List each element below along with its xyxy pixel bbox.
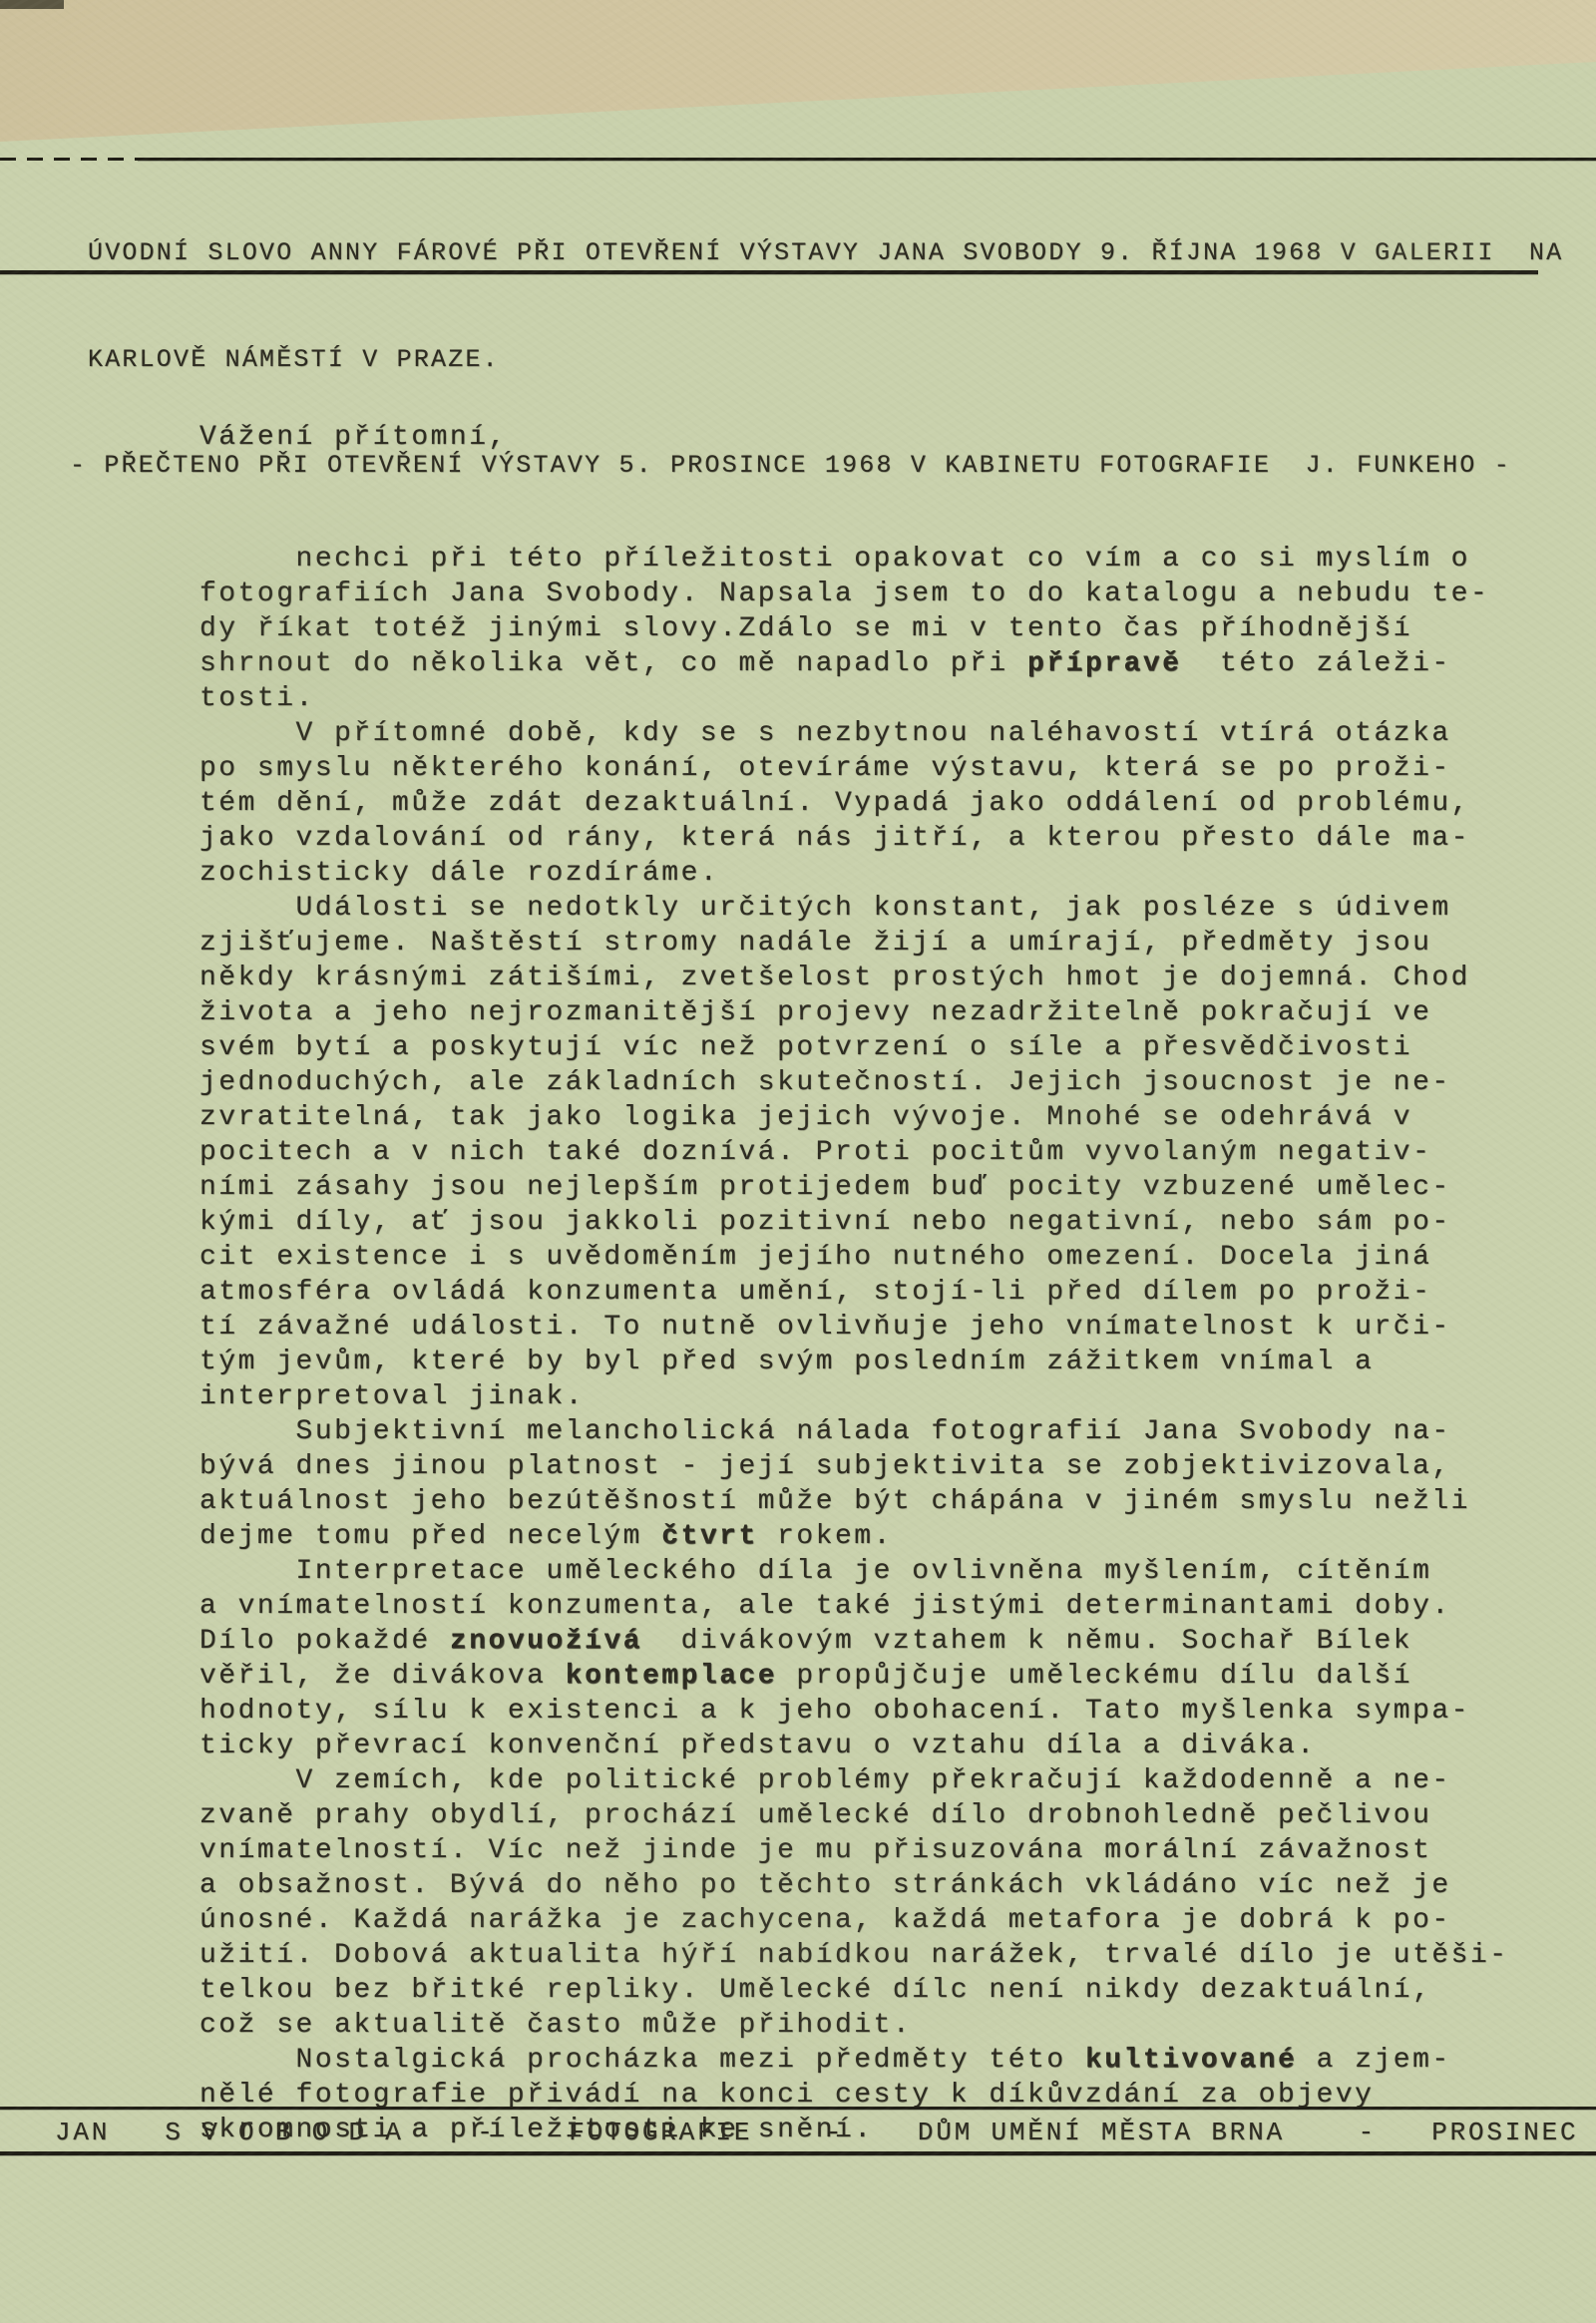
footer-top-rule <box>0 2107 1596 2110</box>
speech-text-block: Vážení přítomní, nechci při této příleži… <box>199 350 1556 2217</box>
scan-corner-artifact <box>0 0 64 9</box>
body-text: nechci při této příležitosti opakovat co… <box>199 542 1556 2147</box>
top-rule-dashes <box>0 158 140 161</box>
backing-sheet-edge <box>0 0 1596 150</box>
footer-bottom-rule <box>0 2151 1596 2155</box>
footer-caption: JAN S V O B O D A - FOTOGRAFIE - DŮM UMĚ… <box>55 2116 1591 2149</box>
top-rule <box>138 158 1596 161</box>
salutation: Vážení přítomní, <box>199 420 1556 455</box>
typewritten-page-scan: ÚVODNÍ SLOVO ANNY FÁROVÉ PŘI OTEVŘENÍ VÝ… <box>0 0 1596 2323</box>
header-line-1: ÚVODNÍ SLOVO ANNY FÁROVÉ PŘI OTEVŘENÍ VÝ… <box>88 235 1594 271</box>
header-bottom-rule <box>0 270 1538 274</box>
